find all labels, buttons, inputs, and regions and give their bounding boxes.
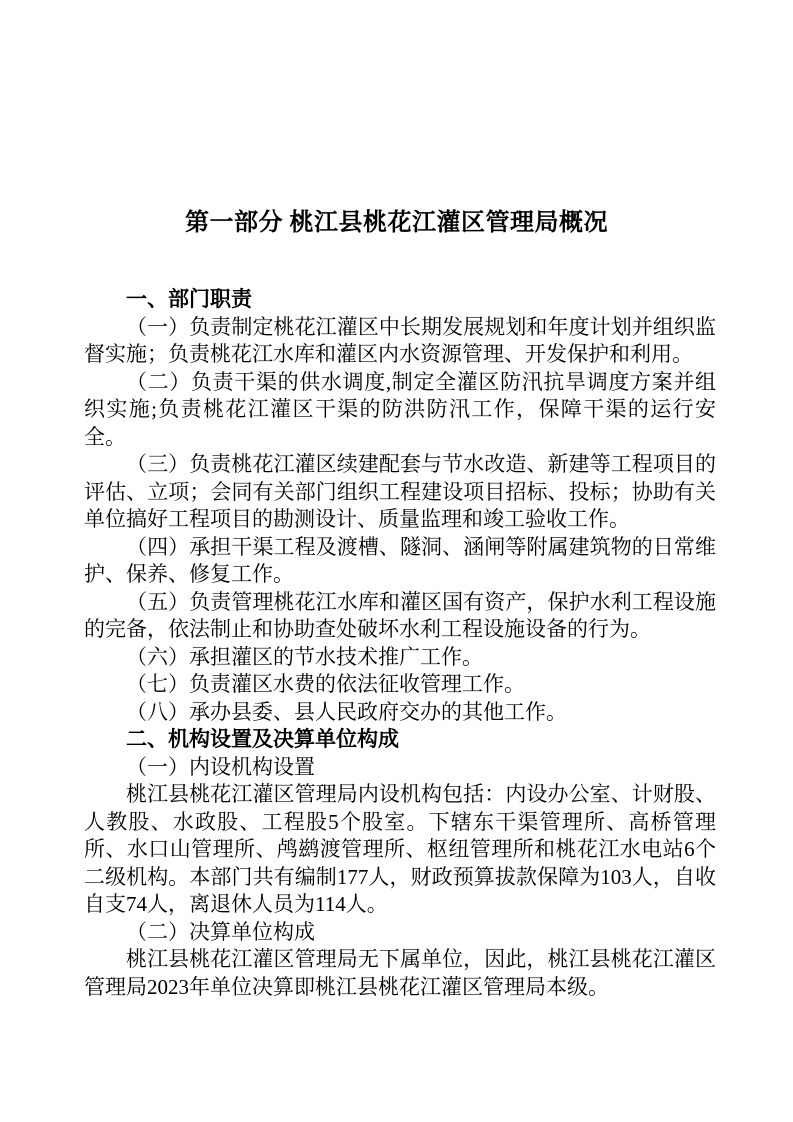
- paragraph: （一）负责制定桃花江灌区中长期发展规划和年度计划并组织监督实施；负责桃花江水库和…: [84, 314, 716, 369]
- paragraph: （三）负责桃花江灌区续建配套与节水改造、新建等工程项目的评估、立项；会同有关部门…: [84, 451, 716, 534]
- paragraph: （二）决算单位构成: [84, 919, 716, 947]
- paragraph: 桃江县桃花江灌区管理局内设机构包括：内设办公室、计财股、人教股、水政股、工程股5…: [84, 781, 716, 919]
- paragraph: 桃江县桃花江灌区管理局无下属单位，因此，桃江县桃花江灌区管理局2023年单位决算…: [84, 946, 716, 1001]
- paragraph: （六）承担灌区的节水技术推广工作。: [84, 644, 716, 672]
- paragraph: （四）承担干渠工程及渡槽、隧洞、涵闸等附属建筑物的日常维护、保养、修复工作。: [84, 534, 716, 589]
- paragraph: （五）负责管理桃花江水库和灌区国有资产，保护水利工程设施的完备，依法制止和协助查…: [84, 589, 716, 644]
- section-heading: 二、机构设置及决算单位构成: [84, 726, 716, 754]
- document-body: 一、部门职责（一）负责制定桃花江灌区中长期发展规划和年度计划并组织监督实施；负责…: [84, 286, 716, 1001]
- paragraph: （一）内设机构设置: [84, 754, 716, 782]
- paragraph: （八）承办县委、县人民政府交办的其他工作。: [84, 699, 716, 727]
- document-page: 第一部分 桃江县桃花江灌区管理局概况 一、部门职责（一）负责制定桃花江灌区中长期…: [0, 0, 793, 1122]
- page-title: 第一部分 桃江县桃花江灌区管理局概况: [0, 206, 793, 240]
- paragraph: （二）负责干渠的供水调度,制定全灌区防汛抗旱调度方案并组织实施;负责桃花江灌区干…: [84, 369, 716, 452]
- paragraph: （七）负责灌区水费的依法征收管理工作。: [84, 671, 716, 699]
- section-heading: 一、部门职责: [84, 286, 716, 314]
